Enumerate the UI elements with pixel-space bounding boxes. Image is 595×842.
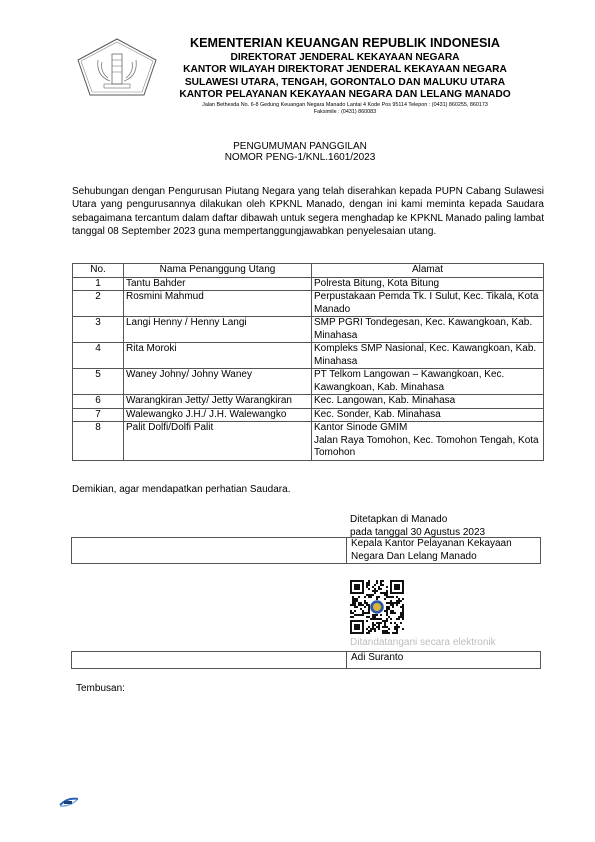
header-no: No. [73,264,124,278]
row-address: PT Telkom Langowan – Kawangkoan, Kec. Ka… [312,369,544,395]
signature-place: Ditetapkan di Manado [350,514,485,527]
row-name: Waney Johny/ Johny Waney [124,369,312,395]
table-row: 1Tantu BahderPolresta Bitung, Kota Bitun… [73,277,544,291]
qr-code-icon [350,580,404,634]
row-address: Perpustakaan Pemda Tk. I Sulut, Kec. Tik… [312,291,544,317]
table-row: 3Langi Henny / Henny LangiSMP PGRI Tonde… [73,317,544,343]
row-name: Warangkiran Jetty/ Jetty Warangkiran [124,395,312,409]
row-name: Rosmini Mahmud [124,291,312,317]
row-no: 3 [73,317,124,343]
intro-paragraph: Sehubungan dengan Pengurusan Piutang Neg… [72,185,544,239]
cc-label: Tembusan: [76,683,125,694]
row-no: 5 [73,369,124,395]
row-address: Kec. Sonder, Kab. Minahasa [312,408,544,422]
row-no: 2 [73,291,124,317]
header-region: SULAWESI UTARA, TENGAH, GORONTALO DAN MA… [150,77,540,88]
row-address: Kec. Langowan, Kab. Minahasa [312,395,544,409]
signature-position-box: Kepala Kantor Pelayanan Kekayaan Negara … [71,537,541,564]
ministry-emblem-icon [74,36,160,98]
row-name: Langi Henny / Henny Langi [124,317,312,343]
row-no: 4 [73,343,124,369]
signer-name: Adi Suranto [347,652,403,668]
table-row: 7Walewangko J.H./ J.H. WalewangkoKec. So… [73,408,544,422]
header-ministry: KEMENTERIAN KEUANGAN REPUBLIK INDONESIA [150,36,540,50]
header-directorate: DIREKTORAT JENDERAL KEKAYAAN NEGARA [150,52,540,63]
header-name: Nama Penanggung Utang [124,264,312,278]
row-name: Tantu Bahder [124,277,312,291]
row-no: 7 [73,408,124,422]
signature-place-date: Ditetapkan di Manado pada tanggal 30 Agu… [350,514,485,539]
row-address: SMP PGRI Tondegesan, Kec. Kawangkoan, Ka… [312,317,544,343]
header-address: Alamat [312,264,544,278]
row-name: Palit Dolfi/Dolfi Palit [124,422,312,461]
table-header-row: No. Nama Penanggung Utang Alamat [73,264,544,278]
signer-box: Adi Suranto [71,651,541,669]
row-no: 8 [73,422,124,461]
header-fax: Faksimile : (0431) 860083 [150,109,540,115]
document-number: NOMOR PENG-1/KNL.1601/2023 [100,152,500,163]
row-no: 6 [73,395,124,409]
header-regional-office: KANTOR WILAYAH DIREKTORAT JENDERAL KEKAY… [150,64,540,75]
esign-note: Ditandatangani secara elektronik [350,637,496,648]
djkn-logo-icon [58,795,80,809]
row-name: Rita Moroki [124,343,312,369]
table-row: 6Warangkiran Jetty/ Jetty WarangkiranKec… [73,395,544,409]
row-name: Walewangko J.H./ J.H. Walewangko [124,408,312,422]
row-address: Kompleks SMP Nasional, Kec. Kawangkoan, … [312,343,544,369]
header-office: KANTOR PELAYANAN KEKAYAAN NEGARA DAN LEL… [150,89,540,100]
closing-text: Demikian, agar mendapatkan perhatian Sau… [72,484,290,495]
table-row: 4Rita MorokiKompleks SMP Nasional, Kec. … [73,343,544,369]
header-address: Jalan Bethesda No. 6-8 Gedung Keuangan N… [150,102,540,108]
debtor-table: No. Nama Penanggung Utang Alamat 1Tantu … [72,263,544,461]
table-row: 5Waney Johny/ Johny WaneyPT Telkom Lango… [73,369,544,395]
document-title: PENGUMUMAN PANGGILAN [100,141,500,152]
row-address: Kantor Sinode GMIM Jalan Raya Tomohon, K… [312,422,544,461]
table-row: 2Rosmini MahmudPerpustakaan Pemda Tk. I … [73,291,544,317]
row-address: Polresta Bitung, Kota Bitung [312,277,544,291]
row-no: 1 [73,277,124,291]
signature-position: Kepala Kantor Pelayanan Kekayaan Negara … [347,538,531,563]
table-row: 8Palit Dolfi/Dolfi PalitKantor Sinode GM… [73,422,544,461]
